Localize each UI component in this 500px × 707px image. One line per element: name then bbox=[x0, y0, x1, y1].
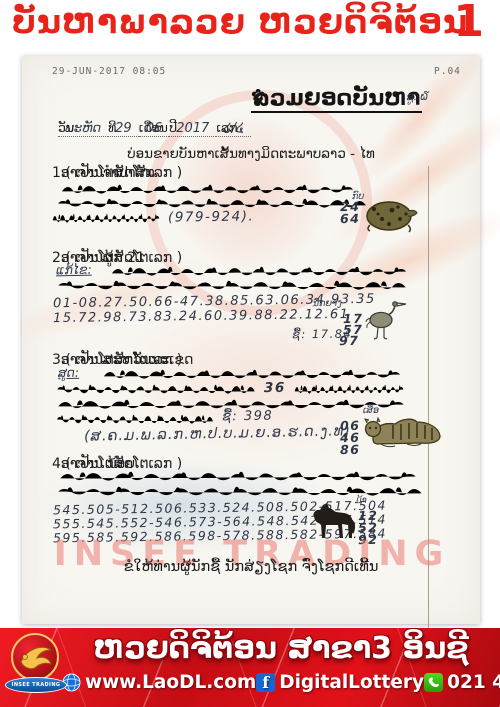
date-line: ວັນພະຫັດທີ29ເດືອນ06ປີ2017ເລກ໒/໔ bbox=[58, 120, 251, 136]
handwriting-line bbox=[56, 413, 214, 426]
handwritten-side-note: ຊູ: ໖ bbox=[406, 90, 429, 103]
lucky-number: 64 bbox=[340, 211, 361, 226]
logo-text: INSEE TRADING bbox=[5, 677, 67, 693]
handwriting-line bbox=[60, 183, 355, 196]
phone-text: 021 417 500 bbox=[447, 672, 500, 693]
lucky-number: 86 bbox=[340, 442, 361, 457]
handwritten-numbers-note: (979-924). bbox=[168, 208, 254, 225]
animal-label: ມ້າ bbox=[355, 495, 367, 506]
handwriting-line bbox=[52, 212, 160, 225]
section-intro: ແກ້ໄຂ: bbox=[56, 262, 92, 278]
page: ບັນຫາພາລວຍ ຫວຍດິຈິຕ້ອນ 1 29-JUN-2017 08:… bbox=[0, 0, 500, 707]
year-label: ປີ bbox=[169, 120, 177, 135]
num-label: ທີ bbox=[108, 120, 116, 135]
facebook-icon: f bbox=[256, 673, 275, 692]
handwriting-line bbox=[294, 383, 404, 396]
section-1-header: 1. ອາຈານຈຳປາສັກ ( ເປັນໂຕສັດໂຕເລກ ) bbox=[52, 165, 65, 181]
website-link[interactable]: www.LaoDL.com bbox=[62, 672, 256, 693]
page-title: ບັນຫາພາລວຍ ຫວຍດິຈິຕ້ອນ bbox=[12, 2, 468, 41]
facebook-text: DigitalLottery bbox=[279, 672, 424, 693]
star-icon: ✿ bbox=[251, 86, 265, 106]
bottom-banner: ຫວຍດິຈິຕ້ອນ ສາຂາ3 ອິນຊີ www.LaoDL.com f … bbox=[0, 628, 500, 707]
egret-icon bbox=[365, 298, 411, 340]
letters-line: (ສ.ຄ.ມ.ພ.ລ.ກ.ຫ.ປ.ບ.ມ.ຍ.ອ.ຮ.ດ.ງ.ທ) bbox=[84, 423, 351, 445]
scanned-document: 29-JUN-2017 08:05 P.04 ✿ລວມຍອດບັນຫາ✿ ຊູ:… bbox=[22, 56, 480, 624]
handwriting-line bbox=[58, 470, 418, 483]
banner-title: ຫວຍດິຈິຕ້ອນ ສາຂາ3 ອິນຊີ bbox=[62, 631, 500, 666]
section-type: ( ເປັນໂຕສັດໂຕເລກ ) bbox=[65, 165, 182, 181]
top-header: ບັນຫາພາລວຍ ຫວຍດິຈິຕ້ອນ 1 bbox=[0, 0, 500, 56]
section-type: ( ເປັນໂຕສັດໂຕເລກ ) bbox=[65, 352, 182, 368]
logo-eagle-icon bbox=[11, 633, 59, 681]
website-text: www.LaoDL.com bbox=[85, 672, 256, 693]
handwriting-line bbox=[102, 368, 402, 381]
day-label: ວັນ bbox=[58, 120, 74, 135]
document-subtitle: ບ່ອນຂາຍບັນຫາເສັ້ນທາງມິດຕະພາບລາວ - ໄທ bbox=[22, 146, 480, 162]
fax-page-number: P.04 bbox=[434, 66, 461, 77]
wing-watermark bbox=[347, 36, 497, 197]
handwriting-line bbox=[56, 485, 424, 498]
handwritten-numbers-note: ຊື້: 398 bbox=[222, 409, 273, 425]
animal-label: ນົກຍາງ bbox=[313, 298, 342, 310]
lot-label: ເລກ bbox=[216, 120, 237, 135]
phone-icon bbox=[424, 673, 443, 692]
handwriting-line bbox=[56, 383, 256, 396]
handwriting-line bbox=[56, 279, 408, 292]
page-number: 1 bbox=[453, 0, 484, 47]
phone-link[interactable]: 021 417 500 bbox=[424, 672, 500, 693]
document-title: ລວມຍອດບັນຫາ bbox=[251, 86, 422, 113]
number-line: 15.72.98.73.83.24.60.39.88.22.12.61 bbox=[53, 307, 350, 326]
tiger-icon bbox=[359, 410, 443, 452]
closing-line: ຂໍໃຫ້ທ່ານຜູ້ນັກຊື້ ນັກສ່ຽງໂຊກ ຈົ່ງໂຊກດີເ… bbox=[22, 559, 480, 575]
inline-number: 36 bbox=[264, 380, 286, 396]
handwriting-line bbox=[110, 265, 408, 278]
fax-datetime: 29-JUN-2017 08:05 bbox=[52, 66, 166, 77]
handwritten-numbers-note: ຊື້: 17.84 bbox=[292, 327, 353, 342]
section-intro: ສູດ: bbox=[58, 365, 79, 380]
facebook-link[interactable]: f DigitalLottery bbox=[256, 672, 424, 693]
frog-icon bbox=[362, 195, 420, 235]
month-label: ເດືອນ bbox=[139, 120, 168, 135]
banner-info-row: www.LaoDL.com f DigitalLottery 021 417 5… bbox=[62, 672, 500, 693]
insee-logo: INSEE TRADING bbox=[5, 631, 67, 703]
